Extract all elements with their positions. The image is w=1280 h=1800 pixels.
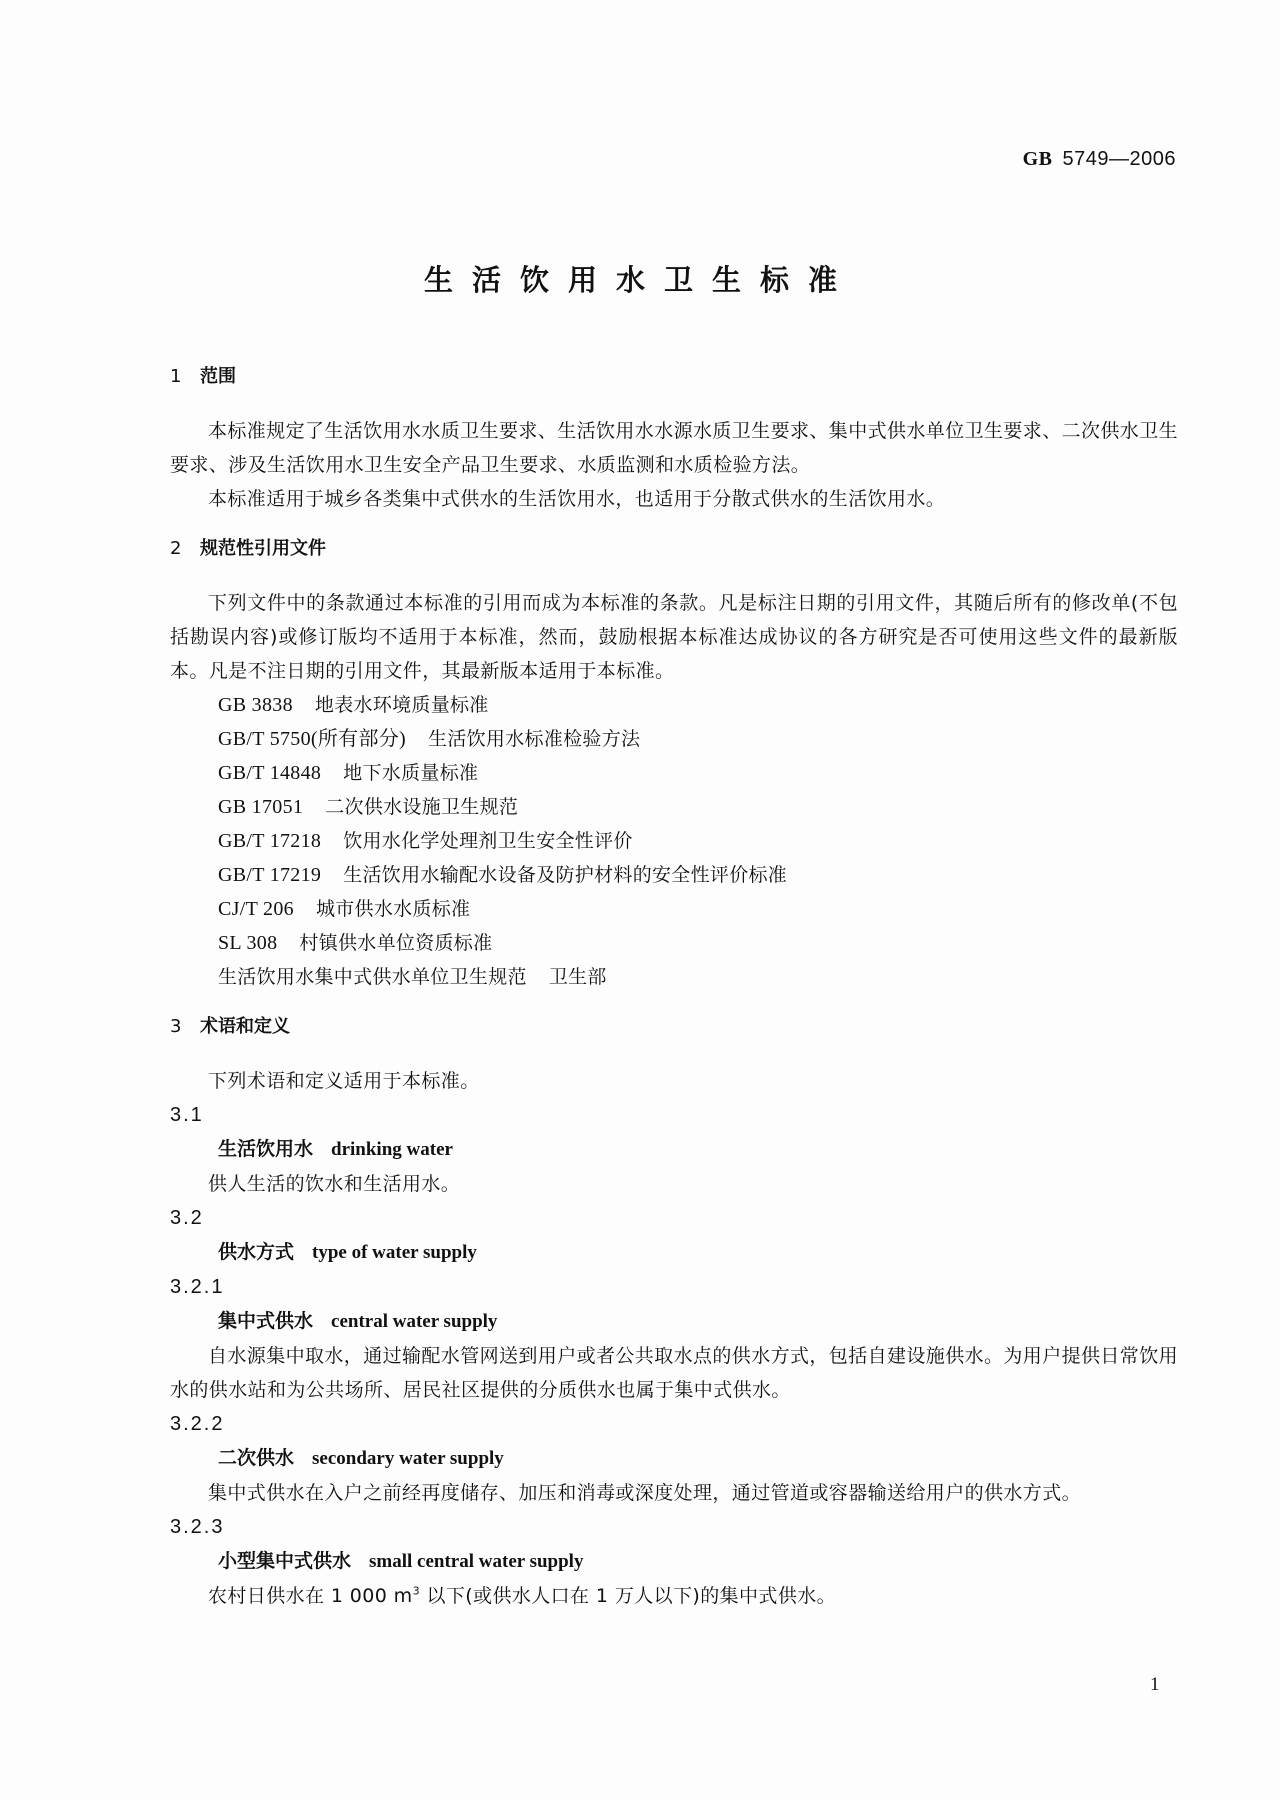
term-definition: 农村日供水在 1 000 m3 以下(或供水人口在 1 万人以下)的集中式供水。 — [170, 1579, 1178, 1613]
section-number: 2 — [170, 532, 200, 566]
section-number: 3 — [170, 1010, 200, 1044]
page-number: 1 — [1150, 1674, 1160, 1696]
term-definition: 自水源集中取水，通过输配水管网送到用户或者公共取水点的供水方式，包括自建设施供水… — [170, 1339, 1178, 1407]
term-heading: 供水方式type of water supply — [218, 1235, 1178, 1270]
reference-item: GB/T 14848地下水质量标准 — [218, 756, 1178, 790]
term-definition: 供人生活的饮水和生活用水。 — [170, 1167, 1178, 1201]
section-title: 规范性引用文件 — [200, 538, 326, 559]
standard-number: GB5749—2006 — [1023, 146, 1176, 171]
term-heading: 小型集中式供水small central water supply — [218, 1544, 1178, 1579]
term-definition: 集中式供水在入户之前经再度储存、加压和消毒或深度处理，通过管道或容器输送给用户的… — [170, 1476, 1178, 1510]
term-number: 3.2 — [170, 1201, 1178, 1235]
section-number: 1 — [170, 360, 200, 394]
term-number: 3.2.1 — [170, 1270, 1178, 1304]
standard-code: 5749—2006 — [1063, 148, 1176, 170]
section-heading-terms-definitions: 3术语和定义 — [170, 1010, 1178, 1044]
document-title: 生活饮用水卫生标准 — [0, 258, 1280, 299]
paragraph: 下列术语和定义适用于本标准。 — [170, 1064, 1178, 1098]
term-heading: 二次供水secondary water supply — [218, 1441, 1178, 1476]
reference-item: GB/T 5750(所有部分)生活饮用水标准检验方法 — [218, 722, 1178, 756]
section-heading-normative-references: 2规范性引用文件 — [170, 532, 1178, 566]
document-page: GB5749—2006 生活饮用水卫生标准 1范围 本标准规定了生活饮用水水质卫… — [0, 0, 1280, 1800]
section-title: 范围 — [200, 366, 236, 387]
term-heading: 生活饮用水drinking water — [218, 1132, 1178, 1167]
document-body: 1范围 本标准规定了生活饮用水水质卫生要求、生活饮用水水源水质卫生要求、集中式供… — [170, 360, 1178, 1613]
reference-item: GB/T 17218饮用水化学处理剂卫生安全性评价 — [218, 824, 1178, 858]
reference-item: GB 17051二次供水设施卫生规范 — [218, 790, 1178, 824]
reference-list: GB 3838地表水环境质量标准 GB/T 5750(所有部分)生活饮用水标准检… — [170, 688, 1178, 994]
reference-item: CJ/T 206城市供水水质标准 — [218, 892, 1178, 926]
term-number: 3.1 — [170, 1098, 1178, 1132]
paragraph: 本标准规定了生活饮用水水质卫生要求、生活饮用水水源水质卫生要求、集中式供水单位卫… — [170, 414, 1178, 482]
paragraph: 下列文件中的条款通过本标准的引用而成为本标准的条款。凡是标注日期的引用文件，其随… — [170, 586, 1178, 688]
term-number: 3.2.3 — [170, 1510, 1178, 1544]
reference-item: 生活饮用水集中式供水单位卫生规范卫生部 — [218, 960, 1178, 994]
section-title: 术语和定义 — [200, 1016, 290, 1037]
reference-item: GB 3838地表水环境质量标准 — [218, 688, 1178, 722]
term-number: 3.2.2 — [170, 1407, 1178, 1441]
standard-prefix: GB — [1023, 148, 1053, 170]
term-heading: 集中式供水central water supply — [218, 1304, 1178, 1339]
reference-item: SL 308村镇供水单位资质标准 — [218, 926, 1178, 960]
section-heading-scope: 1范围 — [170, 360, 1178, 394]
reference-item: GB/T 17219生活饮用水输配水设备及防护材料的安全性评价标准 — [218, 858, 1178, 892]
paragraph: 本标准适用于城乡各类集中式供水的生活饮用水，也适用于分散式供水的生活饮用水。 — [170, 482, 1178, 516]
